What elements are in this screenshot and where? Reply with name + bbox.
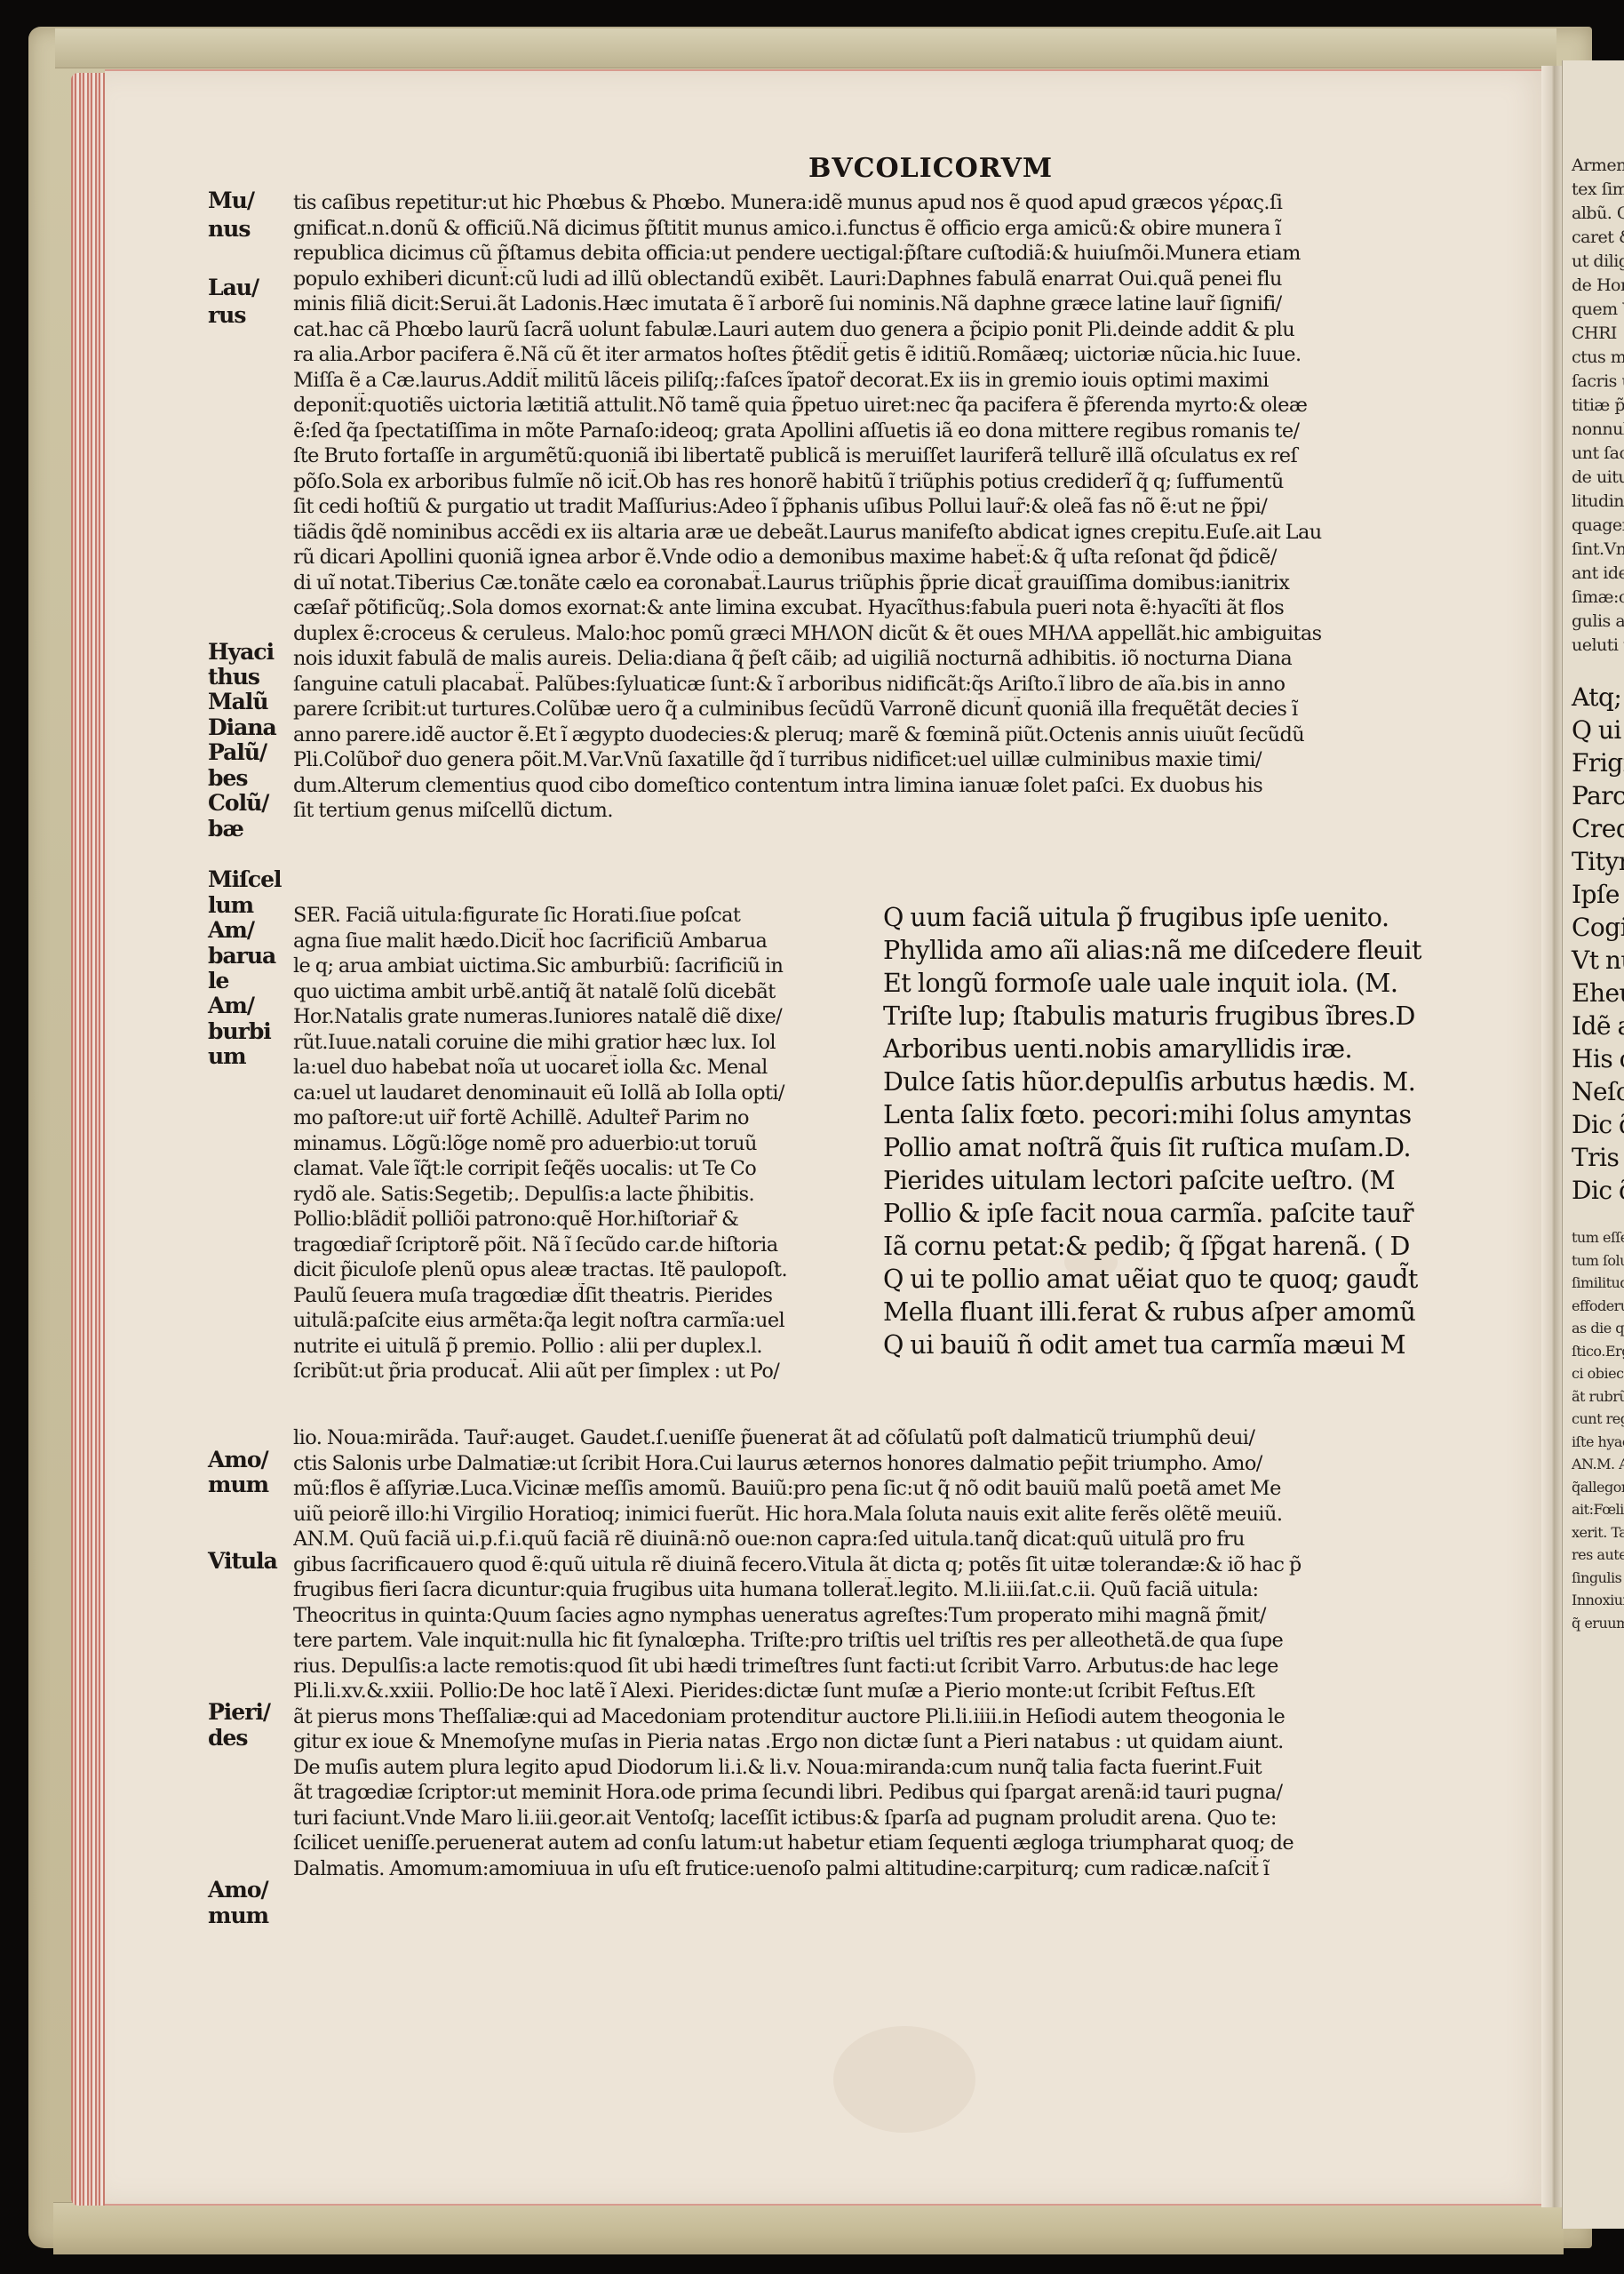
facing-page-line: ſtico.Ergo de xyxy=(1572,1340,1624,1363)
facing-page-line: ci obiectũ ſol xyxy=(1572,1362,1624,1385)
commentary-line: Paulũ ſeuera muſa tragœdiæ d̃ſit theatri… xyxy=(293,1283,880,1309)
commentary-line: nois iduxit fabulã de malis aureis. Deli… xyxy=(293,646,1484,672)
commentary-line: nutrite ei uitulã p̃ premio. Pollio : al… xyxy=(293,1334,880,1360)
commentary-line: agna ſiue malit hædo.Dicit̃ hoc ſacrific… xyxy=(293,929,880,954)
facing-page-line: His certe xyxy=(1572,1041,1624,1073)
margin-note: bæ xyxy=(208,817,243,842)
commentary-line: Theocritus in quinta:Quum ſacies agno ny… xyxy=(293,1603,1484,1629)
commentary-line: cat.hac cã Phœbo laurũ ſacrã uolunt fabu… xyxy=(293,317,1484,343)
commentary-line: dicit p̃iculoſe plenũ opus aleæ tractas.… xyxy=(293,1257,880,1283)
facing-page-line: ctus man xyxy=(1572,346,1624,370)
facing-page-line: Frigidus xyxy=(1572,745,1624,778)
binding-top-fold xyxy=(55,28,1556,68)
commentary-line: ãt pierus mons Theſſaliæ:qui ad Macedoni… xyxy=(293,1704,1484,1730)
commentary-line: quo uictima ambit urbẽ.antiq̃ ãt natalẽ … xyxy=(293,979,880,1005)
facing-page-line: AN.M. At xyxy=(1572,1453,1624,1476)
verse-line: Pollio & ipſe facit noua carmĩa. paſcite… xyxy=(883,1197,1465,1230)
facing-page-line: iſte hyacinthi: xyxy=(1572,1431,1624,1454)
facing-page-line: caret & h xyxy=(1572,226,1624,250)
facing-page-line: ſimilitudine. xyxy=(1572,1272,1624,1295)
facing-page-line: ſimæ:cuiu xyxy=(1572,586,1624,610)
commentary-line: Miſſa ẽ a Cæ.laurus.Addit̃ militũ lãceis… xyxy=(293,368,1484,394)
verse-line: Q ui te pollio amat uẽiat quo te quoq; g… xyxy=(883,1263,1465,1296)
commentary-line: rũt.Iuue.natali coruine die mihi gratior… xyxy=(293,1030,880,1056)
facing-page-line: Creditur xyxy=(1572,810,1624,843)
margin-note: Am/ xyxy=(208,993,254,1019)
commentary-line: ſit tertium genus miſcellũ dictum. xyxy=(293,798,1484,824)
facing-page-line: ãt rubrũ quaſi xyxy=(1572,1385,1624,1408)
verse-line: Q ui bauiũ ñ odit amet tua carmĩa mæui M xyxy=(883,1328,1465,1361)
facing-page-line: Dic q̃bus xyxy=(1572,1106,1624,1139)
commentary-line: ca:uel ut laudaret denominauit eũ Iollã … xyxy=(293,1081,880,1106)
margin-note: Amo/ xyxy=(208,1448,268,1473)
facing-page-line: effoderunt:u xyxy=(1572,1295,1624,1318)
commentary-block-upper: tis caſibus repetitur:ut hic Phœbus & Ph… xyxy=(293,190,1484,824)
facing-page-line: Neſcio q xyxy=(1572,1073,1624,1106)
commentary-line: rydõ ale. Satis:Segetib;. Depulſis:a lac… xyxy=(293,1182,880,1208)
commentary-line: deponit̃:quotiẽs uictoria lætitiã attuli… xyxy=(293,393,1484,419)
commentary-block-lower: lio. Noua:mirãda. Taur̃:auget. Gaudet.ſ.… xyxy=(293,1425,1484,1881)
commentary-line: clamat. Vale ĩq̃t:le corripit ſeq̃ẽs uoc… xyxy=(293,1156,880,1182)
facing-page-line: Cogite xyxy=(1572,909,1624,942)
commentary-line: AN.M. Quũ faciã ui.p.f.i.quũ faciã rẽ di… xyxy=(293,1527,1484,1552)
facing-page-line: ant ideſt pr xyxy=(1572,562,1624,586)
facing-page-line: quem V xyxy=(1572,298,1624,322)
facing-page-line: de uitula. xyxy=(1572,466,1624,490)
binding-bottom-fold xyxy=(53,2202,1564,2254)
facing-page-line: Eheu q̃ p xyxy=(1572,975,1624,1008)
commentary-line: ſanguine catuli placabat̃. Palũbes:ſylua… xyxy=(293,672,1484,698)
facing-page-line: litudinẽ ha xyxy=(1572,490,1624,514)
margin-note: Vitula xyxy=(208,1549,277,1575)
verse-line: Q uum faciã uitula p̃ frugibus ipſe ueni… xyxy=(883,901,1465,934)
verse-line: Lenta ſalix fœto. pecori:mihi ſolus amyn… xyxy=(883,1098,1465,1131)
margin-note: lum xyxy=(208,893,253,919)
facing-page-line: quagenum xyxy=(1572,514,1624,538)
facing-page-line: Q ui leg xyxy=(1572,712,1624,745)
commentary-line: la:uel duo habebat noĩa ut uocaret̃ ioll… xyxy=(293,1055,880,1081)
commentary-line: duplex ẽ:croceus & ceruleus. Malo:hoc po… xyxy=(293,621,1484,647)
margin-note: burbi xyxy=(208,1019,271,1045)
margin-note: Pieri/ xyxy=(208,1700,270,1726)
facing-page-line: ſint.Vnde xyxy=(1572,538,1624,562)
facing-page-line: de Hora xyxy=(1572,274,1624,298)
margin-note: Malũ xyxy=(208,690,268,715)
facing-page-line: albũ. Q xyxy=(1572,202,1624,226)
commentary-line: populo exhiberi dicunt̃:cũ ludi ad illũ … xyxy=(293,267,1484,292)
facing-page-line: Tityre p xyxy=(1572,843,1624,876)
commentary-block-narrow: SER. Faciã uitula:figurate ſic Horati.ſi… xyxy=(293,903,880,1384)
commentary-line: ſcribũt:ut p̃ria producat̃. Alii aũt per… xyxy=(293,1359,880,1384)
facing-page-line: as die quando xyxy=(1572,1317,1624,1340)
commentary-line: ſte Bruto fortaſſe in argumẽtũ:quoniã ib… xyxy=(293,443,1484,469)
commentary-line: De muſis autem plura legito apud Diodoru… xyxy=(293,1755,1484,1781)
margin-note: Hyaci xyxy=(208,640,274,666)
facing-page-line: nonnulli ſi xyxy=(1572,418,1624,442)
facing-page-line: xerit. Taurus i xyxy=(1572,1521,1624,1544)
facing-page-line: Armenia xyxy=(1572,154,1624,178)
facing-page-line: tum eſſe ueli xyxy=(1572,1226,1624,1249)
commentary-line: gnificat.n.donũ & officiũ.Nã dicimus p̃ſ… xyxy=(293,216,1484,242)
commentary-line: gitur ex ioue & Mnemoſyne muſas in Pieri… xyxy=(293,1729,1484,1755)
commentary-line: Dalmatis. Amomum:amomiuua in uſu eſt fru… xyxy=(293,1856,1484,1882)
facing-page-line: ſingulis bouum xyxy=(1572,1567,1624,1590)
facing-page-line: ut diliga xyxy=(1572,250,1624,274)
commentary-line: dum.Alterum clementius quod cibo domeſti… xyxy=(293,773,1484,799)
facing-page-line: gulis aſſim xyxy=(1572,610,1624,634)
margin-note: barua xyxy=(208,944,275,969)
facing-page-line: CHRI xyxy=(1572,322,1624,346)
commentary-line: tere partem. Vale inquit:nulla hic fit ſ… xyxy=(293,1628,1484,1654)
commentary-line: tis caſibus repetitur:ut hic Phœbus & Ph… xyxy=(293,190,1484,216)
verse-line: Pierides uitulam lectori paſcite ueſtro.… xyxy=(883,1164,1465,1197)
margin-note: Diana xyxy=(208,715,276,741)
commentary-line: lio. Noua:mirãda. Taur̃:auget. Gaudet.ſ.… xyxy=(293,1425,1484,1451)
commentary-line: uiũ peiorẽ illo:hi Virgilio Horatioq; in… xyxy=(293,1502,1484,1528)
commentary-line: ſit cedi hoſtiũ & purgatio ut tradit Maſ… xyxy=(293,494,1484,520)
facing-page-line: q̃ eruum lætan xyxy=(1572,1612,1624,1635)
verse-line: Iã cornu petat:& pedib; q̃ ſp̃gat harenã… xyxy=(883,1230,1465,1263)
commentary-line: di uĩ notat.Tiberius Cæ.tonãte cælo ea c… xyxy=(293,570,1484,596)
margin-note: le xyxy=(208,969,228,994)
facing-page-line: res autem eruo xyxy=(1572,1544,1624,1567)
commentary-line: ẽ:ſed q̃a ſpectatiſſima in mõte Parnaſo:… xyxy=(293,419,1484,444)
commentary-line: uitulã:paſcite eius armẽta:q̃a legit noſ… xyxy=(293,1308,880,1334)
commentary-line: minamus. Lõgũ:lõge nomẽ pro aduerbio:ut … xyxy=(293,1131,880,1157)
facing-page-text: Armeniatex ſimilalbũ. Qcaret & hut dilig… xyxy=(1572,154,1624,1634)
facing-page-line: Idẽ amor xyxy=(1572,1008,1624,1041)
facing-page-line: Parcite o xyxy=(1572,778,1624,810)
margin-note: um xyxy=(208,1044,246,1070)
running-head: BVCOLICORVM xyxy=(808,153,1053,184)
facing-page-line: q̃allegoricos:q xyxy=(1572,1476,1624,1499)
facing-page-line: Dic q̃bus i xyxy=(1572,1172,1624,1205)
commentary-line: parere ſcribit:ut turtures.Colũbæ uero q… xyxy=(293,697,1484,722)
margin-note: nus xyxy=(208,217,250,243)
commentary-line: mo paſtore:ut uir̃ fortẽ Achillẽ. Adulte… xyxy=(293,1105,880,1131)
facing-page-line: ſacris uitu xyxy=(1572,370,1624,394)
verse-line: Triſte lup; ſtabulis maturis frugibus ĩb… xyxy=(883,1000,1465,1033)
commentary-line: mũ:flos ẽ aſſyriæ.Luca.Vicinæ meſſis amo… xyxy=(293,1476,1484,1502)
verse-line: Pollio amat noſtrã q̃uis ſit ruſtica muſ… xyxy=(883,1131,1465,1164)
facing-page-line: tex ſimil xyxy=(1572,178,1624,202)
verse-line: Arboribus uenti.nobis amaryllidis iræ. xyxy=(883,1033,1465,1065)
commentary-line: põſo.Sola ex arboribus fulmĩe nõ icit̃.O… xyxy=(293,469,1484,495)
commentary-line: rũ dicari Apollini quoniã ignea arbor ẽ.… xyxy=(293,545,1484,570)
margin-note: rus xyxy=(208,303,245,329)
margin-note: Am/ xyxy=(208,918,254,944)
margin-note: mum xyxy=(208,1472,268,1498)
commentary-line: Pli.li.xv.&.xxiii. Pollio:De hoc latẽ ĩ … xyxy=(293,1679,1484,1704)
commentary-line: Pli.Colũbor̃ duo genera põit.M.Var.Vnũ ſ… xyxy=(293,747,1484,773)
red-page-edges xyxy=(71,73,108,2206)
margin-note: Lau/ xyxy=(208,275,259,301)
facing-page-line: titiæ p̃eſt.P xyxy=(1572,394,1624,418)
commentary-line: ctis Salonis urbe Dalmatiæ:ut ſcribit Ho… xyxy=(293,1451,1484,1477)
facing-page-line: tum ſolumn xyxy=(1572,1249,1624,1273)
commentary-line: Pollio:blãdit̃ polliõi patrono:quẽ Hor.h… xyxy=(293,1207,880,1233)
commentary-line: SER. Faciã uitula:figurate ſic Horati.ſi… xyxy=(293,903,880,929)
facing-page-line: cunt regum p xyxy=(1572,1408,1624,1431)
facing-page-line: Innoxium auter xyxy=(1572,1589,1624,1612)
facing-page-line: Atq; iden xyxy=(1572,679,1624,712)
commentary-line: rius. Depulſis:a lacte remotis:quod ſit … xyxy=(293,1654,1484,1680)
commentary-line: republica dicimus cũ p̃ſtamus debita off… xyxy=(293,241,1484,267)
commentary-line: turi faciunt.Vnde Maro li.iii.geor.ait V… xyxy=(293,1806,1484,1831)
commentary-line: ãt tragœdiæ ſcriptor:ut meminit Hora.ode… xyxy=(293,1780,1484,1806)
margin-note: Miſcel xyxy=(208,867,282,893)
commentary-line: le q; arua ambiat uictima.Sic amburbiũ: … xyxy=(293,953,880,979)
verse-line: Et longũ formoſe uale uale inquit iola. … xyxy=(883,967,1465,1000)
commentary-line: minis filiã dicit:Serui.ãt Ladonis.Hæc i… xyxy=(293,291,1484,317)
margin-note: des xyxy=(208,1726,247,1751)
facing-page-line: Ipſe ub xyxy=(1572,876,1624,909)
commentary-line: tiãdis q̃dẽ nominibus accẽdi ex iis alta… xyxy=(293,520,1484,546)
margin-note: Colũ/ xyxy=(208,791,268,817)
margin-note: thus xyxy=(208,665,259,690)
verse-line: Phyllida amo aĩi alias:nã me diſcedere f… xyxy=(883,934,1465,967)
commentary-line: Hor.Natalis grate numeras.Iuniores natal… xyxy=(293,1004,880,1030)
commentary-line: cæſar̃ põtificũq;.Sola domos exornat:& a… xyxy=(293,595,1484,621)
commentary-line: tragœdiar̃ ſcriptorẽ põit. Nã ĩ ſecũdo c… xyxy=(293,1233,880,1258)
margin-note: Amo/ xyxy=(208,1878,268,1903)
verse-line: Mella fluant illi.ferat & rubus aſper am… xyxy=(883,1296,1465,1328)
margin-note: Palũ/ xyxy=(208,740,267,766)
facing-page-line: ait:Fœlicẽ ſpera xyxy=(1572,1498,1624,1521)
facing-page-line: ueluti uiol xyxy=(1572,634,1624,658)
commentary-line: anno parere.idẽ auctor ẽ.Et ĩ ægypto duo… xyxy=(293,722,1484,748)
margin-note: mum xyxy=(208,1903,268,1929)
margin-note: bes xyxy=(208,766,247,792)
commentary-line: ra alia.Arbor pacifera ẽ.Nã cũ ẽt iter a… xyxy=(293,342,1484,368)
commentary-line: ſcilicet ueniſſe.peruenerat autem ad con… xyxy=(293,1831,1484,1856)
eclogue-verses: Q uum faciã uitula p̃ frugibus ipſe ueni… xyxy=(883,901,1465,1361)
facing-page: Armeniatex ſimilalbũ. Qcaret & hut dilig… xyxy=(1562,60,1624,2229)
facing-page-line: Vt nup xyxy=(1572,942,1624,975)
margin-note: Mu/ xyxy=(208,188,254,214)
commentary-line: frugibus fieri ſacra dicuntur:quia frugi… xyxy=(293,1577,1484,1603)
verse-line: Dulce ſatis hũor.depulſis arbutus hædis.… xyxy=(883,1065,1465,1098)
paper-stain xyxy=(833,2026,975,2133)
facing-page-line: Tris patea xyxy=(1572,1139,1624,1172)
facing-page-line: unt ſacra.V xyxy=(1572,442,1624,466)
commentary-line: gibus ſacrificauero quod ẽ:quũ uitula rẽ… xyxy=(293,1552,1484,1578)
